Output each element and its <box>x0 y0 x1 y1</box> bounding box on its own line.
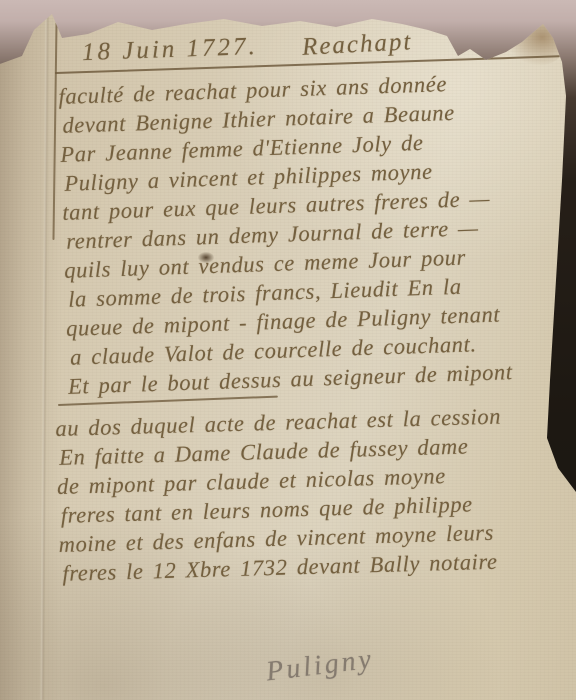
pencil-annotation: Puligny <box>264 644 375 689</box>
main-paragraph: faculté de reachat pour six ans donnée d… <box>58 67 513 401</box>
corner-stain <box>505 18 567 66</box>
left-fold-crease <box>41 0 49 700</box>
heading-title: Reachapt <box>301 28 413 62</box>
paper-sheet: 18 Juin 1727. Reachapt faculté de reacha… <box>0 0 576 700</box>
manuscript-photo: 18 Juin 1727. Reachapt faculté de reacha… <box>0 0 576 700</box>
left-margin-rule <box>52 22 57 240</box>
verso-note-paragraph: au dos duquel acte de reachat est la ces… <box>55 402 505 588</box>
heading-date: 18 Juin 1727. <box>82 33 259 67</box>
